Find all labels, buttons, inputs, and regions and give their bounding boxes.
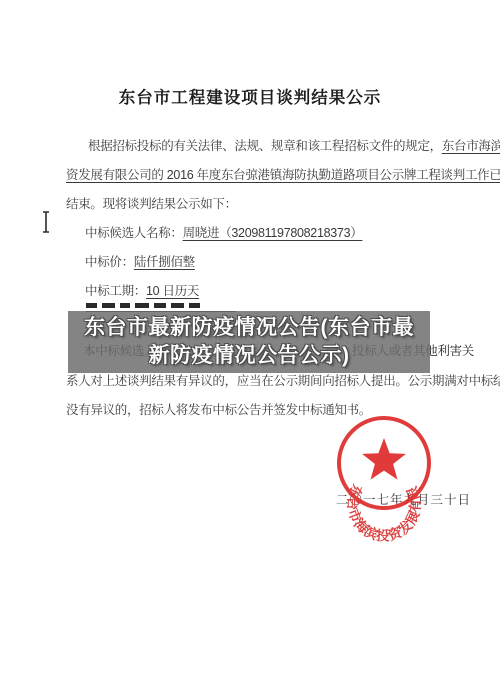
text-cursor-icon (40, 210, 52, 234)
seal-star (362, 438, 406, 480)
document-page: 东台市工程建设项目谈判结果公示 根据招标投标的有关法律、法规、规章和该工程招标文… (0, 0, 500, 687)
company-seal: 东台市海滨投资发展有限公司 (0, 0, 500, 687)
seal-company-text: 东台市海滨投资发展有限公司 (0, 0, 423, 544)
svg-text:东台市海滨投资发展有限公司: 东台市海滨投资发展有限公司 (0, 0, 423, 544)
